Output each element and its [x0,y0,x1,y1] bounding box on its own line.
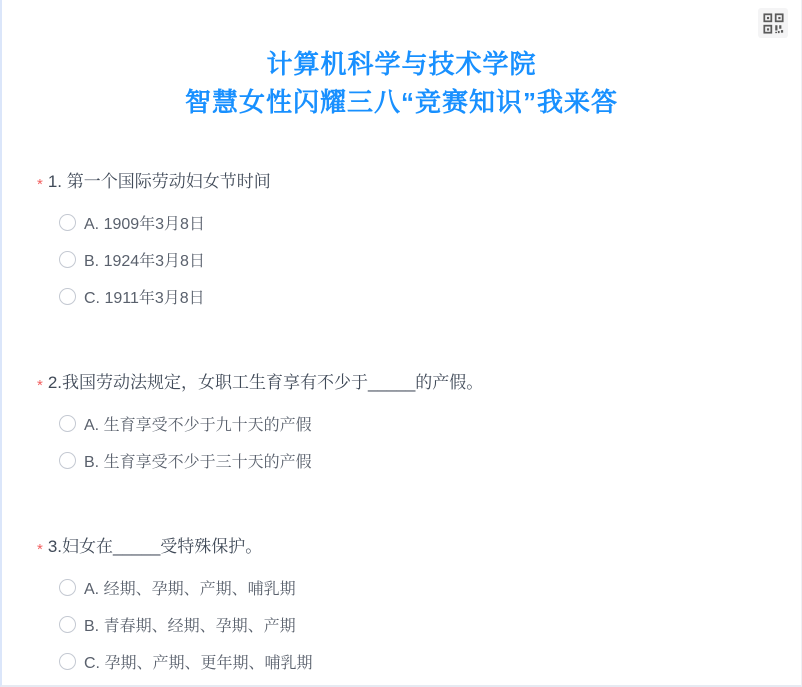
radio-button-icon[interactable] [59,214,76,231]
radio-button-icon[interactable] [59,579,76,596]
radio-option[interactable]: A. 经期、孕期、产期、哺乳期 [37,569,781,606]
radio-button-icon[interactable] [59,452,76,469]
form-title-line2: 智慧女性闪耀三八“竞赛知识”我来答 [2,83,801,121]
radio-button-icon[interactable] [59,288,76,305]
question-1: * 1. 第一个国际劳动妇女节时间 A. 1909年3月8日 B. 1924年3… [37,170,781,315]
option-label: C. 1911年3月8日 [84,285,205,308]
radio-option[interactable]: B. 1924年3月8日 [37,241,781,278]
qr-code-button[interactable] [758,8,788,38]
required-asterisk: * [37,538,43,562]
radio-button-icon[interactable] [59,251,76,268]
option-label: A. 经期、孕期、产期、哺乳期 [84,576,296,599]
radio-option[interactable]: B. 青春期、经期、孕期、产期 [37,606,781,643]
question-list: * 1. 第一个国际劳动妇女节时间 A. 1909年3月8日 B. 1924年3… [37,170,781,680]
question-1-text: 1. 第一个国际劳动妇女节时间 [48,170,271,194]
radio-button-icon[interactable] [59,616,76,633]
option-label: C. 孕期、产期、更年期、哺乳期 [84,650,312,673]
option-label: B. 生育享受不少于三十天的产假 [84,449,312,472]
survey-page: { "page": { "accent_blue": "#1890ff", "r… [0,0,802,687]
question-3-title: * 3.妇女在_____受特殊保护。 [37,535,781,559]
radio-option[interactable]: C. 1911年3月8日 [37,278,781,315]
option-label: B. 1924年3月8日 [84,248,205,271]
question-2: * 2.我国劳动法规定，女职工生育享有不少于_____的产假。 A. 生育享受不… [37,371,781,479]
radio-option[interactable]: B. 生育享受不少于三十天的产假 [37,442,781,479]
question-1-options: A. 1909年3月8日 B. 1924年3月8日 C. 1911年3月8日 [37,204,781,315]
radio-button-icon[interactable] [59,415,76,432]
form-title-line1: 计算机科学与技术学院 [2,45,801,83]
question-3-options: A. 经期、孕期、产期、哺乳期 B. 青春期、经期、孕期、产期 C. 孕期、产期… [37,569,781,680]
option-label: A. 生育享受不少于九十天的产假 [84,412,312,435]
question-2-title: * 2.我国劳动法规定，女职工生育享有不少于_____的产假。 [37,371,781,395]
option-label: B. 青春期、经期、孕期、产期 [84,613,296,636]
radio-option[interactable]: A. 生育享受不少于九十天的产假 [37,405,781,442]
required-asterisk: * [37,374,43,398]
question-1-title: * 1. 第一个国际劳动妇女节时间 [37,170,781,194]
qr-code-icon [763,13,784,34]
form-title: 计算机科学与技术学院 智慧女性闪耀三八“竞赛知识”我来答 [2,45,801,121]
option-label: A. 1909年3月8日 [84,211,205,234]
radio-option[interactable]: A. 1909年3月8日 [37,204,781,241]
question-3-text: 3.妇女在_____受特殊保护。 [48,535,262,559]
radio-button-icon[interactable] [59,653,76,670]
required-asterisk: * [37,173,43,197]
question-3: * 3.妇女在_____受特殊保护。 A. 经期、孕期、产期、哺乳期 B. 青春… [37,535,781,680]
question-2-options: A. 生育享受不少于九十天的产假 B. 生育享受不少于三十天的产假 [37,405,781,479]
radio-option[interactable]: C. 孕期、产期、更年期、哺乳期 [37,643,781,680]
question-2-text: 2.我国劳动法规定，女职工生育享有不少于_____的产假。 [48,371,483,395]
